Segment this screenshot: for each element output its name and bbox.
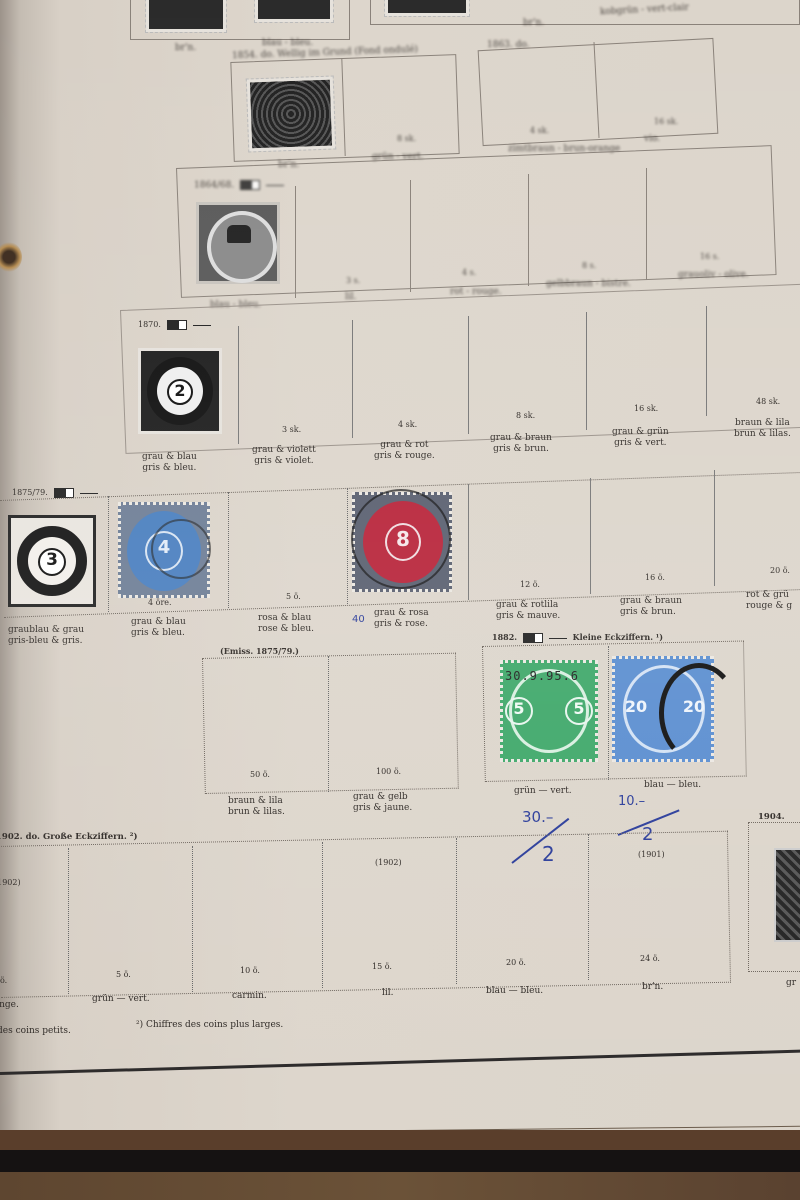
stamp-1904 [774,848,800,942]
denomination: 4 sk. [530,126,549,135]
stamp-1882-5ore: 5 5 30.9.95.6 [500,660,598,762]
stamp-1875-3ore: 3 [8,515,96,607]
book-edge [0,1130,800,1150]
label: grün — vert. [514,786,572,797]
label: grau & blaugris & bleu. [142,452,197,474]
denomination: 5 ö. [286,592,301,601]
stamp-1882-20ore: 20 20 [612,656,714,762]
label: grau & gelbgris & jaune. [353,792,412,814]
denomination: 50 ö. [250,770,270,779]
label: grau & braungris & brun. [490,433,552,455]
stamp-denomination: 20 [621,697,651,716]
denomination: 4 s. [462,268,476,277]
denomination: 8 s. [582,261,596,270]
book-spine-shadow [0,1150,800,1172]
label: blau — bleu. [644,780,701,791]
denomination: 100 ö. [376,767,401,776]
label: grau & violettgris & violet. [252,445,316,467]
stamp-caption: 4 öre. [148,598,172,607]
label: lil. [382,988,394,999]
label: grau & rosagris & rose. [374,608,429,630]
label: blau — bleu. [486,986,543,997]
pencil-note-price: 30.– [522,808,553,826]
denomination: 8 sk. [397,134,416,143]
denomination: 3 s. [346,276,360,285]
label: gr [786,978,796,989]
stamp-1854 [247,77,335,152]
label: vio. [644,134,660,145]
label: br'n. [175,43,196,54]
stamp-frame-row [120,284,800,454]
footnote: ²) Chiffres des coins plus larges. [136,1020,283,1031]
label: carmin. [232,991,267,1002]
denomination: 12 ö. [520,580,540,589]
denomination: 16 sk. [634,404,658,413]
label: grau & blaugris & bleu. [131,617,186,639]
label: blau - bleu. [262,38,313,49]
denomination: 24 ö. [640,954,660,963]
stamp-denomination: 5 [565,699,593,718]
label: graublau & graugris-bleu & gris. [8,625,84,647]
paper-stain [0,242,22,272]
denomination: 4 sk. [398,420,417,429]
label: rosa & blaurose & bleu. [258,613,314,635]
stamp-top-1 [146,0,226,32]
denomination: 15 ö. [372,962,392,971]
label: grau & grüngris & vert. [612,427,669,449]
label: braun & lilabrun & lilas. [228,796,285,818]
year-note: (1902) [0,878,21,887]
denomination: 20 ö. [506,958,526,967]
stamp-frame-row [0,831,731,998]
pencil-note-price: 10.– [618,794,645,809]
footnote: ¹) Chiffres des coins petits. [0,1026,71,1037]
stamp-denomination: 5 [505,699,533,718]
denomination: 5 ö. [116,970,131,979]
stamp-top-3 [385,0,469,16]
stamp-frame-row [202,653,459,794]
stamp-1870-2sk: 2 [138,348,222,434]
album-page: br'n. blau - bleu. br'n. kobgrün - vert-… [0,0,800,1140]
stamp-denomination: 3 [38,550,66,570]
row-header: 1902. do. Große Eckziffern. ²) [0,832,138,842]
denomination: 10 ö. [240,966,260,975]
stamp-top-2 [255,0,333,22]
denomination: 16 sk. [654,117,678,126]
label: grau & rotgris & rouge. [374,440,435,462]
stamp-1864-crown [196,202,280,284]
label: rot & grürouge & g [746,590,792,612]
label: grau & braungris & brun. [620,596,682,618]
row-header: (Emiss. 1875/79.) [220,646,299,656]
label: grün — vert. [92,994,150,1005]
denomination: 48 sk. [756,397,780,406]
postmark: 30.9.95.6 [505,669,579,683]
row-header: 1904. [758,812,785,822]
denomination: 20 ö. [770,566,790,575]
label: br'n. [642,982,663,993]
label: grauoliv - olive. [678,270,749,281]
pencil-note: 40 [352,614,365,625]
stamp-1875-8ore: 8 [352,492,452,592]
row-header: 1882. Kleine Eckziffern. ¹) [492,632,663,643]
denomination: 16 ö. [645,573,665,582]
stamp-1875-4ore: 4 [118,502,210,598]
label: grau & rotlilagris & mauve. [496,600,560,622]
year-note: (1901) [638,850,665,859]
page-border-line [0,1049,800,1075]
denomination: ö. [0,976,7,985]
denomination: 3 sk. [282,425,301,434]
label: gelbbraun - bistre. [546,279,631,290]
denomination: 16 s. [700,252,719,261]
stamp-denomination: 2 [167,381,193,400]
label: orange. [0,1000,19,1011]
label: braun & lilabrun & lilas. [734,418,791,440]
label: br'n. [523,18,544,29]
year-note: (1902) [375,858,402,867]
table-surface [0,1172,800,1200]
denomination: 8 sk. [516,411,535,420]
